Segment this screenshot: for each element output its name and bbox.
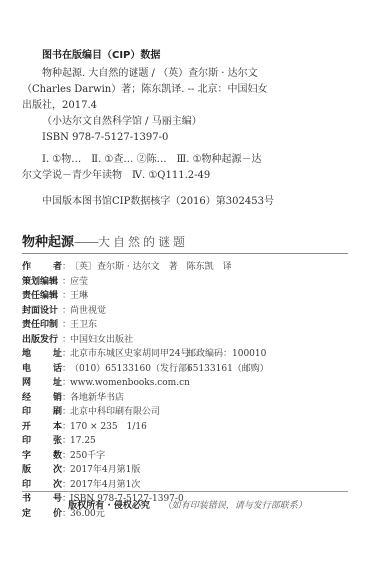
detail-label: 印次: [22, 478, 62, 493]
detail-value: 17.25: [70, 434, 96, 449]
cip-line: 物种起源. 大自然的谜题 / （英）查尔斯 · 达尔文: [22, 66, 262, 82]
postal-code: 邮政编码：100010: [187, 347, 266, 362]
detail-value: 应莹: [70, 275, 88, 290]
cip-title: 图书在版编目（CIP）数据: [42, 48, 262, 64]
detail-value: 各地新华书店: [70, 391, 124, 406]
detail-label: 经销: [22, 391, 62, 406]
colon: ：: [62, 318, 70, 333]
colon: ：: [62, 463, 70, 478]
detail-row-sheets: 印张 ： 17.25: [22, 434, 352, 449]
detail-value: 250千字: [70, 449, 105, 464]
detail-row-publisher: 出版发行 ： 中国妇女出版社: [22, 333, 352, 348]
detail-label: 开本: [22, 420, 62, 435]
detail-row-planning-editor: 策划编辑 ： 应莹: [22, 275, 352, 290]
colon: ：: [62, 347, 70, 362]
detail-label: 作者: [22, 260, 62, 275]
detail-label: 地址: [22, 347, 62, 362]
detail-label: 责任编辑: [22, 289, 62, 304]
colon: ：: [62, 289, 70, 304]
colon: ：: [62, 478, 70, 493]
detail-row-printing: 印次 ： 2017年4月第1次: [22, 478, 352, 493]
copyright-page: 图书在版编目（CIP）数据 物种起源. 大自然的谜题 / （英）查尔斯 · 达尔…: [0, 0, 375, 567]
divider-rule-top: [22, 253, 348, 254]
detail-row-address: 地址 ： 北京市东城区史家胡同甲24号 邮政编码：100010: [22, 347, 352, 362]
colon: ：: [62, 260, 70, 275]
book-subtitle: 大自然的谜题: [98, 235, 188, 249]
mail-order-phone: 65133161（邮购）: [187, 362, 269, 377]
detail-label: 出版发行: [22, 333, 62, 348]
cip-line: （Charles Darwin）著；陈东凯译. -- 北京：中国妇女: [22, 82, 262, 98]
detail-row-format: 开本 ： 170 × 235 1/16: [22, 420, 352, 435]
detail-label: 印刷: [22, 405, 62, 420]
misprint-note: （如有印装错误，请与发行部联系）: [163, 501, 307, 511]
detail-label: 网址: [22, 376, 62, 391]
detail-row-author: 作者 ： 〔英〕查尔斯 · 达尔文 著 陈东凯 译: [22, 260, 352, 275]
colon: ：: [62, 333, 70, 348]
cip-data-block: 图书在版编目（CIP）数据 物种起源. 大自然的谜题 / （英）查尔斯 · 达尔…: [22, 48, 262, 210]
detail-label: 策划编辑: [22, 275, 62, 290]
colon: ：: [62, 362, 70, 377]
divider-rule-bottom: [22, 491, 348, 492]
detail-label: 印张: [22, 434, 62, 449]
detail-value: 北京市东城区史家胡同甲24号: [70, 347, 189, 362]
colon: ：: [62, 449, 70, 464]
detail-value: 〔英〕查尔斯 · 达尔文 著 陈东凯 译: [70, 260, 232, 275]
detail-label: 字数: [22, 449, 62, 464]
detail-row-printer: 印刷 ： 北京中科印刷有限公司: [22, 405, 352, 420]
cip-classification-line: 尔文学说－青少年读物 Ⅳ. ①Q111.2-49: [22, 168, 262, 184]
cip-approval-number: 中国版本图书馆CIP数据核字（2016）第302453号: [22, 194, 262, 210]
detail-row-distributor: 经销 ： 各地新华书店: [22, 391, 352, 406]
detail-value: 北京中科印刷有限公司: [70, 405, 160, 420]
title-dash: ——: [74, 235, 98, 250]
detail-value: （010）65133160（发行部）: [70, 362, 196, 377]
colon: ：: [62, 391, 70, 406]
colon: ：: [62, 434, 70, 449]
detail-label: 版次: [22, 463, 62, 478]
detail-label: 责任印制: [22, 318, 62, 333]
colon: ：: [62, 304, 70, 319]
colon: ：: [62, 376, 70, 391]
book-title-main: 物种起源: [22, 235, 74, 250]
detail-row-cover-design: 封面设计 ： 尚世视觉: [22, 304, 352, 319]
cip-line: 出版社，2017.4: [22, 98, 262, 114]
detail-row-word-count: 字数 ： 250千字: [22, 449, 352, 464]
detail-label: 电话: [22, 362, 62, 377]
book-title: 物种起源——大自然的谜题: [22, 234, 188, 251]
colon: ：: [62, 275, 70, 290]
colon: ：: [62, 405, 70, 420]
website-link[interactable]: www.womenbooks.com.cn: [70, 376, 190, 391]
detail-row-print-supervisor: 责任印制 ： 王卫东: [22, 318, 352, 333]
detail-value: 尚世视觉: [70, 304, 106, 319]
detail-value: 王琳: [70, 289, 88, 304]
colon: ：: [62, 420, 70, 435]
detail-row-edition: 版次 ： 2017年4月第1版: [22, 463, 352, 478]
cip-series-line: （小达尔文自然科学馆 / 马丽主编）: [22, 114, 262, 130]
cip-classification-line: Ⅰ. ①物… Ⅱ. ①查… ②陈… Ⅲ. ①物种起源－达: [22, 152, 262, 168]
detail-value: 王卫东: [70, 318, 97, 333]
cip-isbn-line: ISBN 978-7-5127-1397-0: [22, 130, 262, 146]
publication-details: 作者 ： 〔英〕查尔斯 · 达尔文 著 陈东凯 译 策划编辑 ： 应莹 责任编辑…: [22, 260, 352, 521]
detail-value: 170 × 235 1/16: [70, 420, 147, 435]
detail-row-website: 网址 ： www.womenbooks.com.cn: [22, 376, 352, 391]
detail-value: 2017年4月第1版: [70, 463, 140, 478]
copyright-notice: 版权所有 · 侵权必究 （如有印装错误，请与发行部联系）: [0, 498, 375, 511]
detail-value: 2017年4月第1次: [70, 478, 140, 493]
detail-value: 中国妇女出版社: [70, 333, 133, 348]
detail-label: 封面设计: [22, 304, 62, 319]
detail-row-responsible-editor: 责任编辑 ： 王琳: [22, 289, 352, 304]
rights-reserved: 版权所有 · 侵权必究: [68, 501, 150, 511]
detail-row-phone: 电话 ： （010）65133160（发行部） 65133161（邮购）: [22, 362, 352, 377]
